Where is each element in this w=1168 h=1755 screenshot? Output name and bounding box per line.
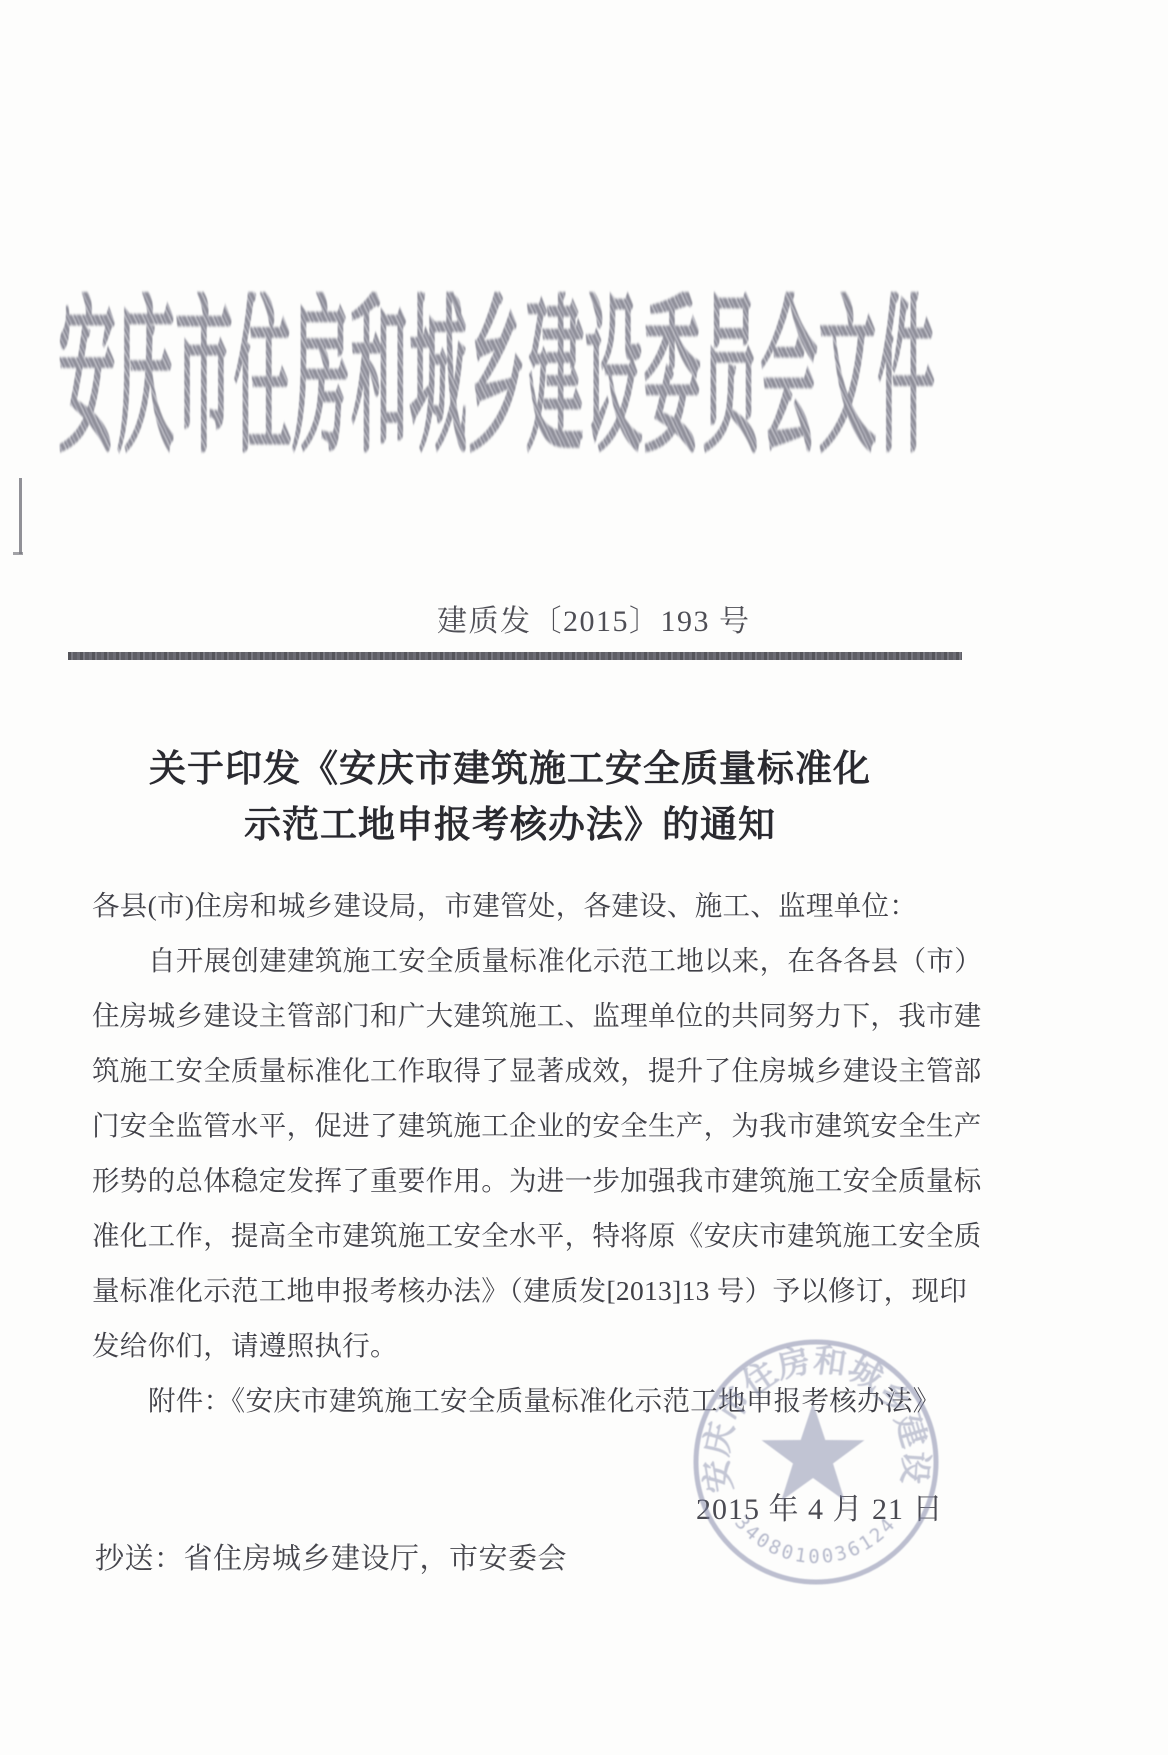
title-line-1: 关于印发《安庆市建筑施工安全质量标准化 [0, 742, 1020, 798]
body-line: 门安全监管水平，促进了建筑施工企业的安全生产，为我市建筑安全生产 [92, 1098, 935, 1153]
scan-artifact-line [19, 478, 22, 554]
title-line-2: 示范工地申报考核办法》的通知 [0, 798, 1020, 854]
scan-artifact-foot [13, 552, 23, 555]
svg-text:3408010036124: 3408010036124 [730, 1512, 901, 1569]
salutation-line: 各县(市)住房和城乡建设局，市建管处，各建设、施工、监理单位： [92, 878, 935, 933]
seal-star-icon [762, 1403, 865, 1501]
document-page: 安庆市住房和城乡建设委员会文件 建质发〔2015〕193 号 关于印发《安庆市建… [0, 0, 1168, 1755]
body-line: 住房城乡建设主管部门和广大建筑施工、监理单位的共同努力下，我市建 [92, 988, 935, 1043]
official-seal-stamp: 安庆市住房和城乡建设委员会 3408010036124 [681, 1327, 951, 1597]
agency-header-banner: 安庆市住房和城乡建设委员会文件 [58, 292, 942, 466]
body-line: 形势的总体稳定发挥了重要作用。为进一步加强我市建筑施工安全质量标 [92, 1153, 935, 1208]
red-head-divider-line [68, 652, 962, 660]
body-line: 量标准化示范工地申报考核办法》（建质发[2013]13 号）予以修订，现印 [92, 1263, 935, 1318]
document-number: 建质发〔2015〕193 号 [437, 596, 751, 640]
body-line: 准化工作，提高全市建筑施工安全水平，特将原《安庆市建筑施工安全质 [92, 1208, 935, 1263]
body-line: 自开展创建建筑施工安全质量标准化示范工地以来，在各各县（市） [92, 933, 935, 988]
document-title: 关于印发《安庆市建筑施工安全质量标准化 示范工地申报考核办法》的通知 [0, 742, 1020, 854]
body-line: 筑施工安全质量标准化工作取得了显著成效，提升了住房城乡建设主管部 [92, 1043, 935, 1098]
seal-code: 3408010036124 [730, 1512, 901, 1569]
cc-footer: 抄送：省住房城乡建设厅，市安委会 [95, 1536, 567, 1577]
